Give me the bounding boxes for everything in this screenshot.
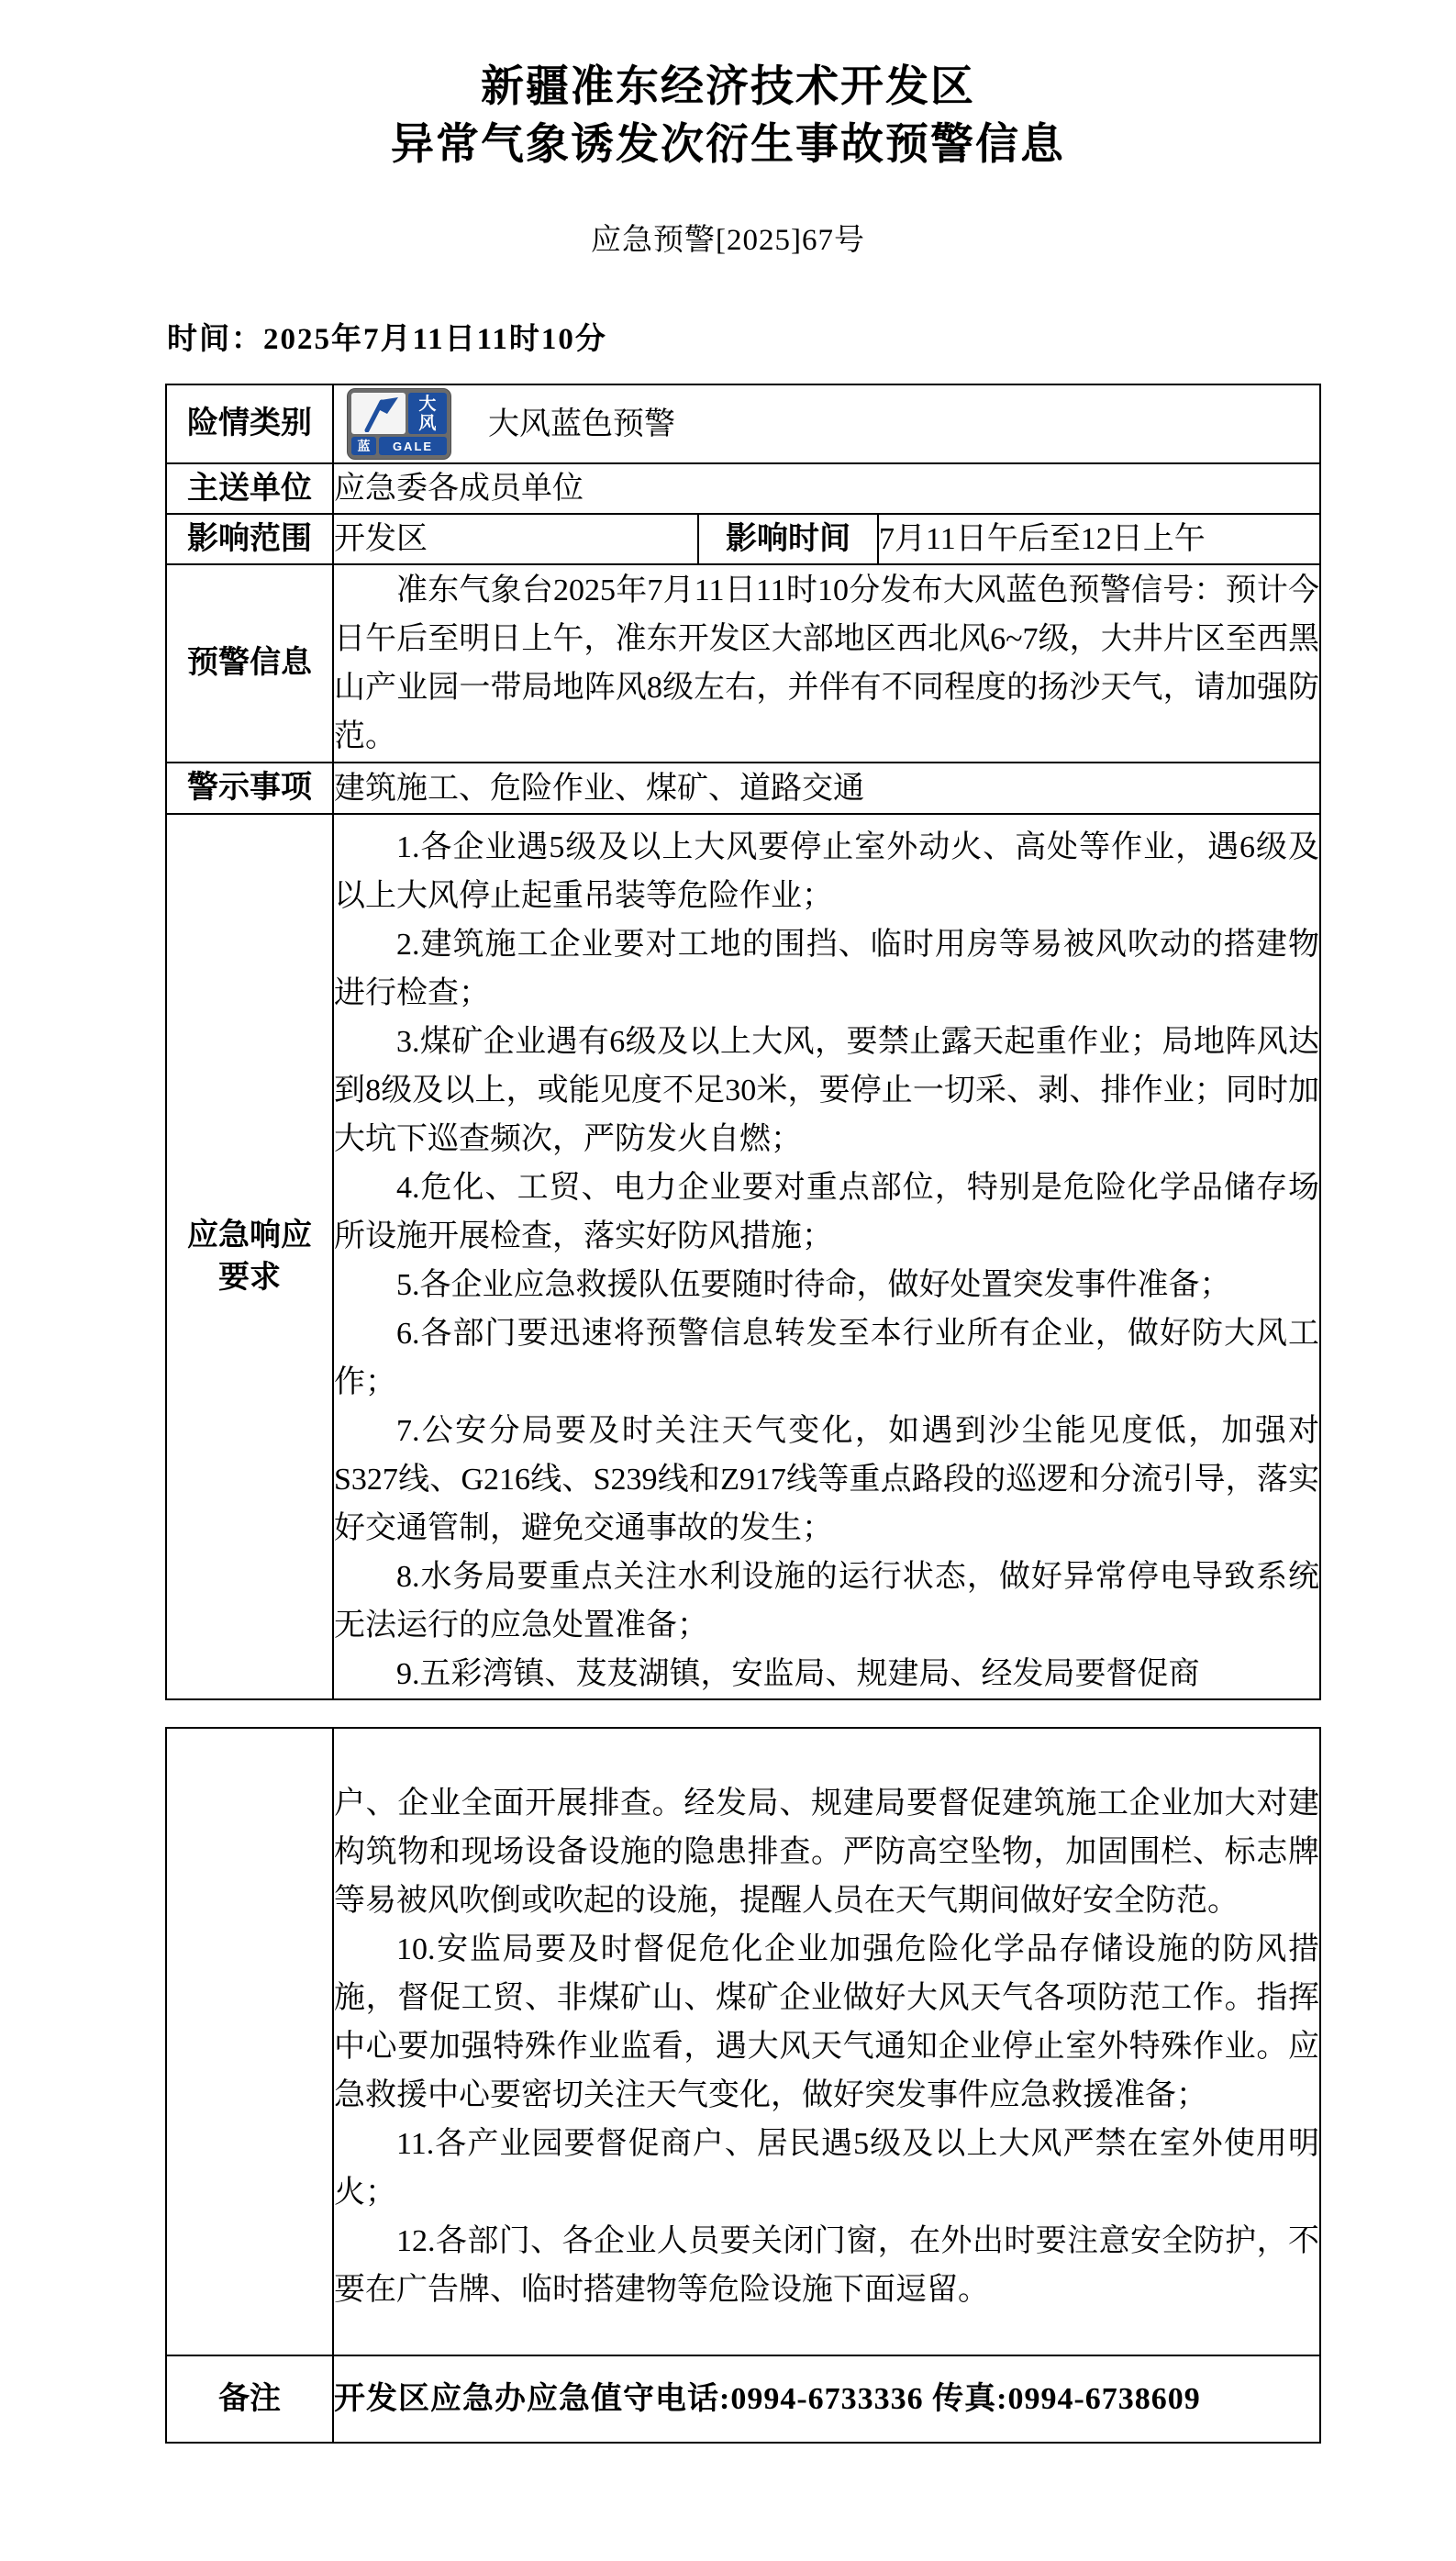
response-label-line2: 要求 [167,1257,332,1299]
row-response-requirements: 应急响应 要求 1.各企业遇5级及以上大风要停止室外动火、高处等作业，遇6级及以… [166,814,1320,1699]
row-risk-type: 险情类别 大 风 [166,384,1320,463]
row-warning-info: 预警信息 准东气象台2025年7月11日11时10分发布大风蓝色预警信号：预计今… [166,564,1320,763]
impact-time-label: 影响时间 [698,514,878,564]
icon-text-gale: GALE [379,437,447,455]
row-recipients: 主送单位 应急委各成员单位 [166,463,1320,514]
response-item: 9.五彩湾镇、芨芨湖镇，安监局、规建局、经发局要督促商 [334,1650,1319,1698]
remark-label: 备注 [166,2355,333,2443]
response-item: 6.各部门要迅速将预警信息转发至本行业所有企业，做好防大风工作； [334,1309,1319,1407]
response-continuation-text: 户、企业全面开展排查。经发局、规建局要督促建筑施工企业加大对建构筑物和现场设备设… [334,1779,1319,1925]
alert-items-value: 建筑施工、危险作业、煤矿、道路交通 [333,763,1320,814]
row-alert-items: 警示事项 建筑施工、危险作业、煤矿、道路交通 [166,763,1320,814]
response-continuation-label-empty [166,1728,333,2355]
row-remark: 备注 开发区应急办应急值守电话:0994-6733336 传真:0994-673… [166,2355,1320,2443]
page-break-gap [0,1700,1456,1727]
response-item: 4.危化、工贸、电力企业要对重点部位，特别是危险化学品储存场所设施开展检查，落实… [334,1164,1319,1261]
warning-table-page1: 险情类别 大 风 [165,384,1321,1700]
response-item: 3.煤矿企业遇有6级及以上大风，要禁止露天起重作业；局地阵风达到8级及以上，或能… [334,1018,1319,1164]
row-scope: 影响范围 开发区 影响时间 7月11日午后至12日上午 [166,514,1320,564]
remark-value: 开发区应急办应急值守电话:0994-6733336 传真:0994-673860… [333,2355,1320,2443]
gale-blue-warning-icon: 大 风 蓝 GALE [347,388,451,460]
risk-type-label: 险情类别 [166,384,333,463]
response-label: 应急响应 要求 [166,814,333,1699]
response-item: 7.公安分局要及时关注天气变化，如遇到沙尘能见度低，加强对S327线、G216线… [334,1407,1319,1553]
response-item: 12.各部门、各企业人员要关闭门窗，在外出时要注意安全防护，不要在广告牌、临时搭… [334,2217,1319,2314]
response-item: 11.各产业园要督促商户、居民遇5级及以上大风严禁在室外使用明火； [334,2120,1319,2217]
warning-info-label: 预警信息 [166,564,333,763]
row-response-continuation: 户、企业全面开展排查。经发局、规建局要督促建筑施工企业加大对建构筑物和现场设备设… [166,1728,1320,2355]
doc-number: 应急预警[2025]67号 [0,222,1456,259]
recipients-value: 应急委各成员单位 [333,463,1320,514]
issue-time: 时间：2025年7月11日11时10分 [167,321,1456,358]
scope-value: 开发区 [333,514,698,564]
document-page: 新疆准东经济技术开发区 异常气象诱发次衍生事故预警信息 应急预警[2025]67… [0,0,1456,2561]
response-item: 2.建筑施工企业要对工地的围挡、临时用房等易被风吹动的搭建物进行检查； [334,920,1319,1018]
icon-char-lan: 蓝 [351,437,376,455]
title-line-2: 异常气象诱发次衍生事故预警信息 [0,117,1456,174]
response-item: 10.安监局要及时督促危化企业加强危险化学品存储设施的防风措施，督促工贸、非煤矿… [334,1925,1319,2120]
response-item: 1.各企业遇5级及以上大风要停止室外动火、高处等作业，遇6级及以上大风停止起重吊… [334,823,1319,920]
title-line-1: 新疆准东经济技术开发区 [0,59,1456,117]
response-label-line1: 应急响应 [167,1215,332,1257]
warning-table-page2: 户、企业全面开展排查。经发局、规建局要督促建筑施工企业加大对建构筑物和现场设备设… [165,1727,1321,2444]
warning-info-text: 准东气象台2025年7月11日11时10分发布大风蓝色预警信号：预计今日午后至明… [334,566,1319,761]
recipients-label: 主送单位 [166,463,333,514]
impact-time-value: 7月11日午后至12日上午 [878,514,1320,564]
alert-items-label: 警示事项 [166,763,333,814]
response-item: 5.各企业应急救援队伍要随时待命，做好处置突发事件准备； [334,1261,1319,1309]
icon-char-da: 大 [418,395,436,414]
scope-label: 影响范围 [166,514,333,564]
response-item: 8.水务局要重点关注水利设施的运行状态，做好异常停电导致系统无法运行的应急处置准… [334,1553,1319,1650]
risk-type-value: 大风蓝色预警 [488,400,675,449]
document-title: 新疆准东经济技术开发区 异常气象诱发次衍生事故预警信息 [0,0,1456,174]
